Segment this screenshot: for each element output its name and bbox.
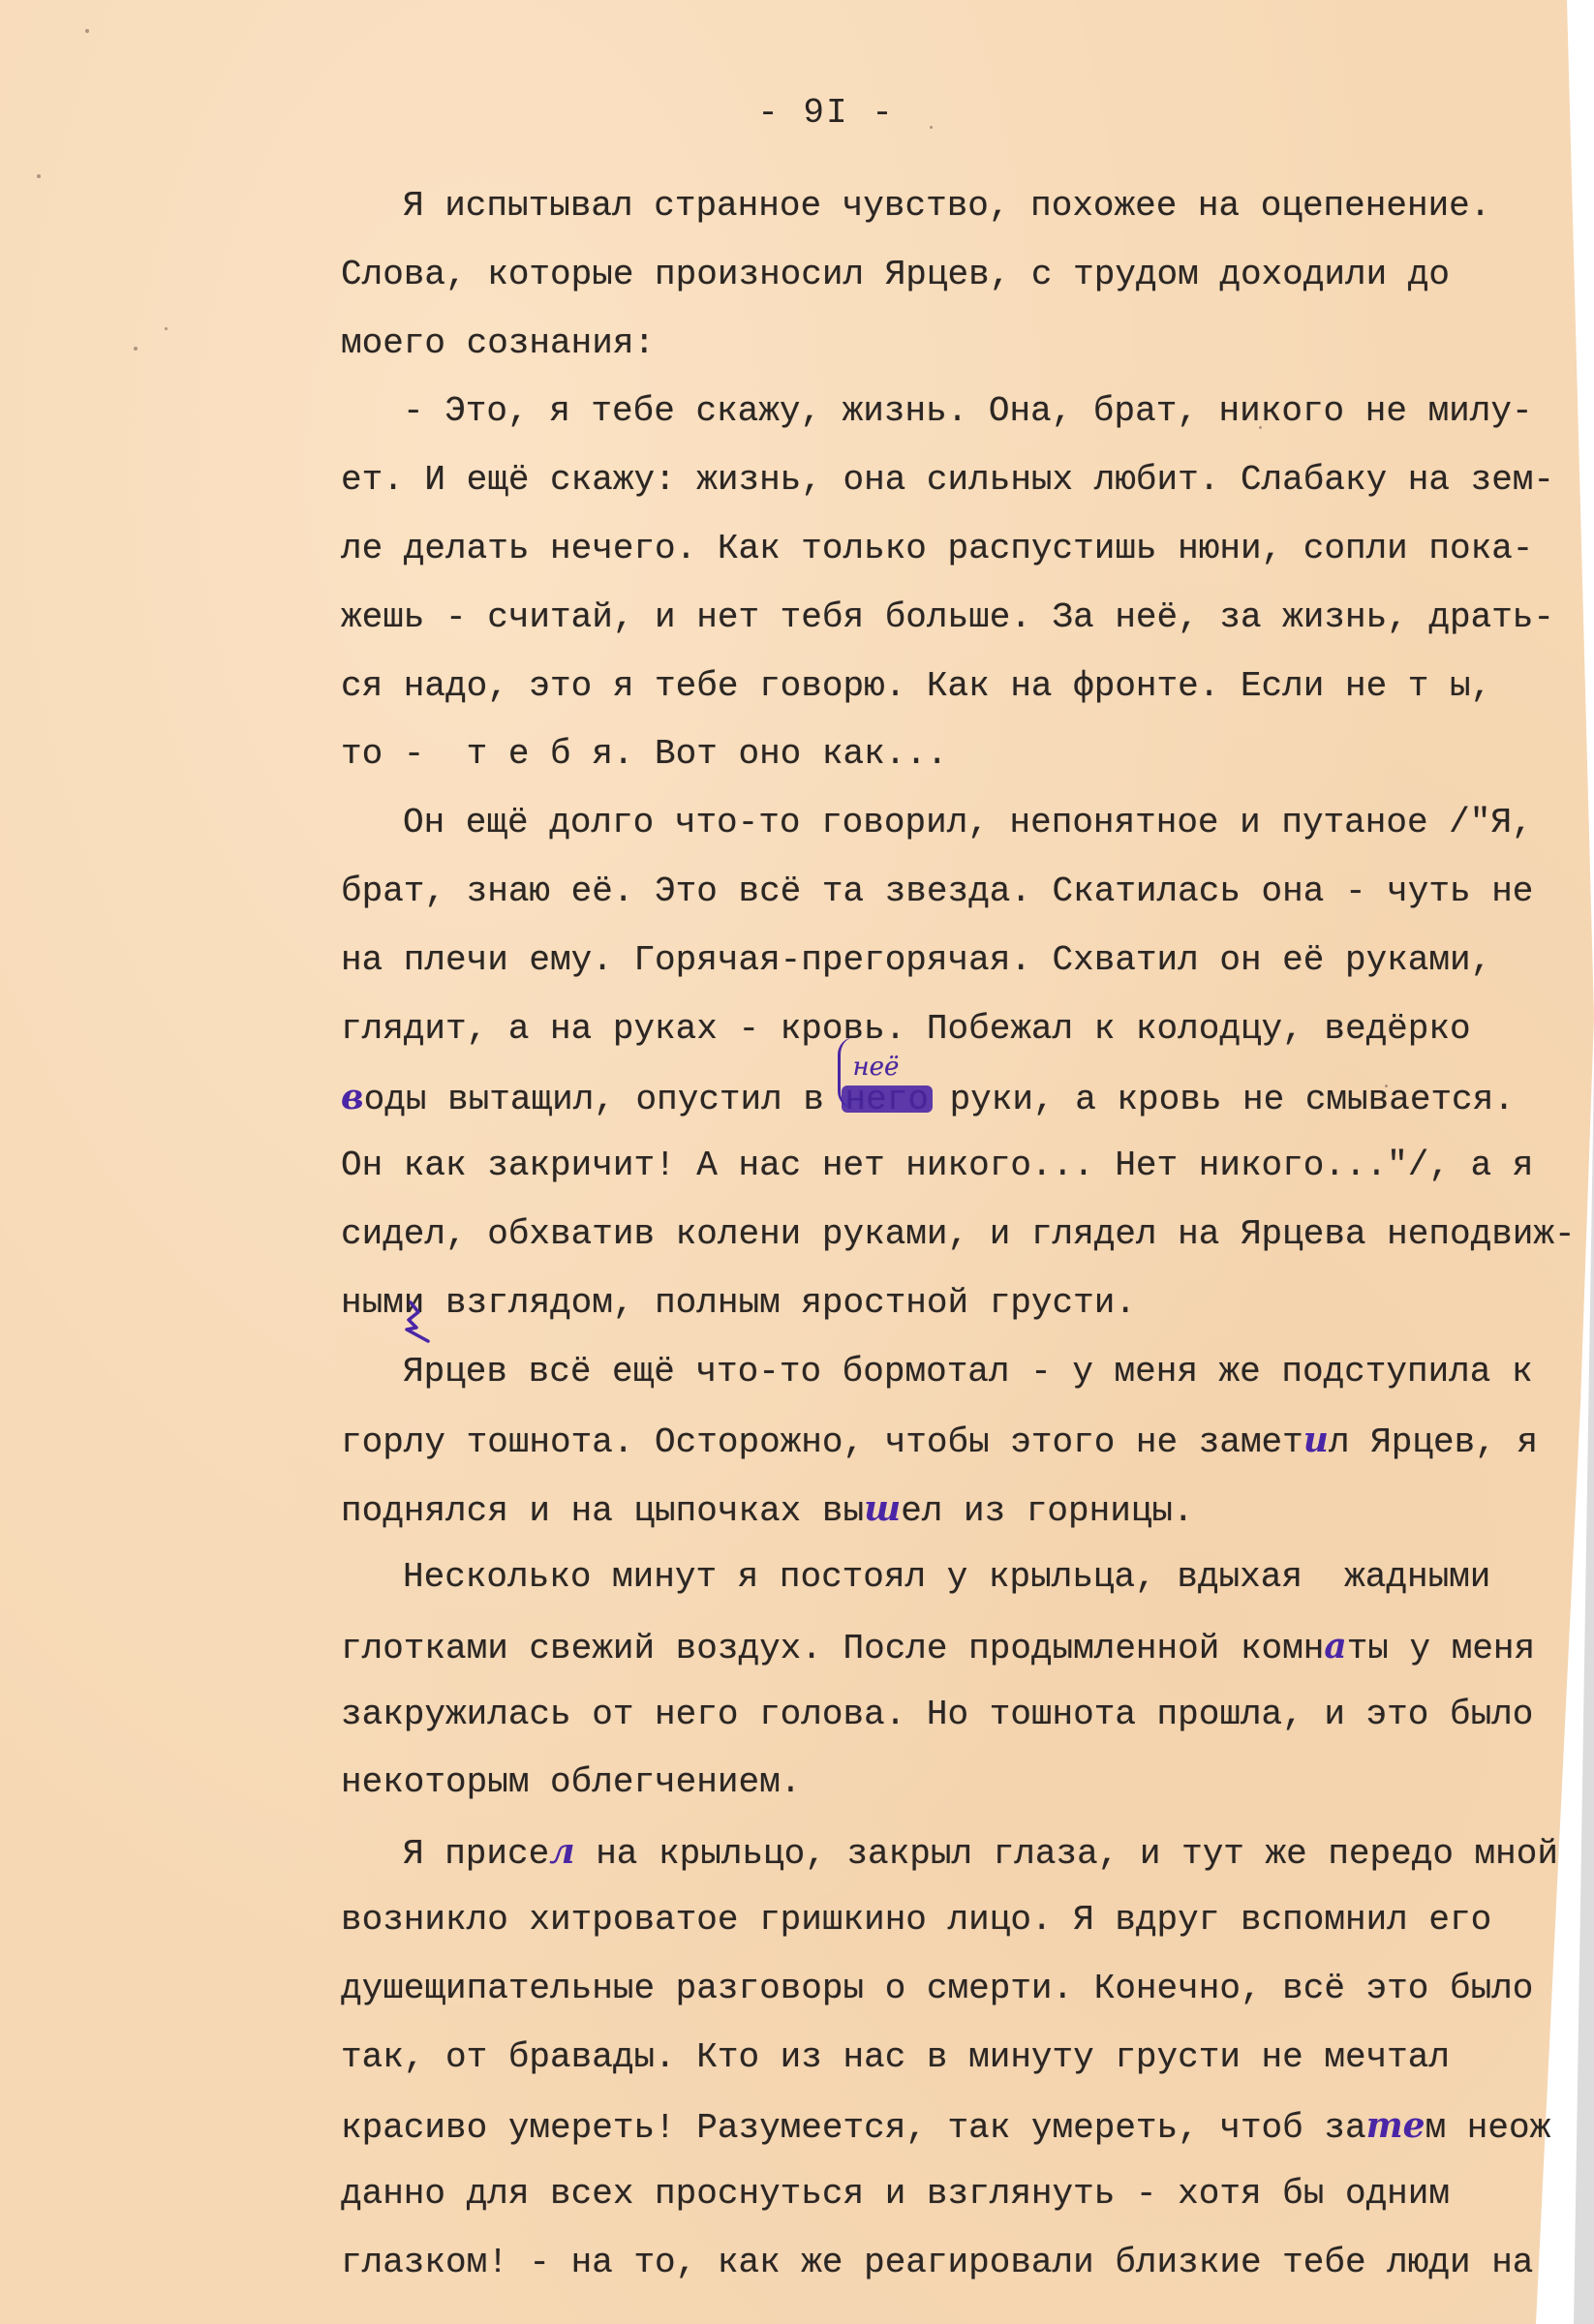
text-line: некоторым облегчением. [341, 1749, 1580, 1818]
text-line: Слова, которые произносил Ярцев, с трудо… [341, 241, 1580, 310]
text-line: Я испытывал странное чувство, похожее на… [341, 172, 1580, 241]
text-line: жешь - считай, и нет тебя больше. За неё… [341, 584, 1580, 653]
text-segment: оды вытащил, опустил в [364, 1080, 845, 1119]
text-segment: ты у меня [1347, 1629, 1535, 1668]
text-segment: горлу тошнота. Осторожно, чтобы этого не… [341, 1422, 1303, 1462]
text-line: воды вытащил, опустил в негонеё руки, а … [341, 1063, 1580, 1132]
ink-correction: л [549, 1831, 574, 1872]
ink-correction: в [341, 1077, 364, 1117]
text-line: Он как закричит! А нас нет никого... Нет… [341, 1132, 1580, 1201]
text-line: красиво умереть! Разумеется, так умереть… [341, 2092, 1580, 2160]
text-line: ными взглядом, полным яростной грусти. [341, 1269, 1580, 1338]
text-line: ет. И ещё скажу: жизнь, она сильных люби… [341, 446, 1580, 515]
text-line: брат, знаю её. Это всё та звезда. Скатил… [341, 858, 1580, 927]
ink-correction: и [1303, 1420, 1329, 1460]
text-segment: красиво умереть! Разумеется, так умереть… [341, 2108, 1366, 2148]
text-segment: взглядом, полным яростной грусти. [445, 1283, 1136, 1323]
text-segment: л Ярцев, я [1329, 1422, 1538, 1462]
text-segment: поднялся и на цыпочках вы [341, 1491, 864, 1531]
body-text: Я испытывал странное чувство, похожее на… [341, 172, 1580, 2298]
text-line: глотками свежий воздух. После продымленн… [341, 1612, 1580, 1681]
text-line: Ярцев всё ещё что-то бормотал - у меня ж… [341, 1338, 1580, 1407]
page-number: - 9I - [0, 93, 1594, 133]
text-line: поднялся и на цыпочках вышел из горницы. [341, 1475, 1580, 1544]
text-line: ле делать нечего. Как только распустишь … [341, 515, 1580, 584]
text-line: глазком! - на то, как же реагировали бли… [341, 2229, 1580, 2298]
text-line: Он ещё долго что-то говорил, непонятное … [341, 789, 1580, 858]
deletion-mark-icon [424, 1283, 445, 1323]
ink-correction: те [1366, 2105, 1425, 2146]
text-line: горлу тошнота. Осторожно, чтобы этого не… [341, 1406, 1580, 1475]
text-line: данно для всех проснуться и взглянуть - … [341, 2160, 1580, 2229]
text-segment: Я присе [403, 1834, 549, 1874]
text-line: душещипательные разговоры о смерти. Коне… [341, 1955, 1580, 2024]
text-segment: руки, а кровь не смывается. [929, 1080, 1515, 1119]
text-segment: глотками свежий воздух. После продымленн… [341, 1629, 1324, 1668]
inserted-word: неё [853, 1033, 900, 1102]
text-line: возникло хитроватое гришкино лицо. Я вдр… [341, 1886, 1580, 1955]
text-line: то - т е б я. Вот оно как... [341, 720, 1580, 789]
text-line: - Это, я тебе скажу, жизнь. Она, брат, н… [341, 378, 1580, 446]
text-line: моего сознания: [341, 310, 1580, 379]
text-line: глядит, а на руках - кровь. Побежал к ко… [341, 995, 1580, 1064]
text-line: ся надо, это я тебе говорю. Как на фронт… [341, 653, 1580, 721]
text-line: Я присел на крыльцо, закрыл глаза, и тут… [341, 1818, 1580, 1886]
ink-correction: ш [864, 1488, 901, 1529]
text-line: Несколько минут я постоял у крыльца, вды… [341, 1544, 1580, 1612]
handwritten-correction: негонеё [845, 1066, 929, 1135]
text-line: сидел, обхватив колени руками, и глядел … [341, 1201, 1580, 1269]
text-line: закружилась от него голова. Но тошнота п… [341, 1681, 1580, 1750]
ink-correction: а [1324, 1626, 1346, 1667]
text-line: на плечи ему. Горячая-прегорячая. Схвати… [341, 927, 1580, 995]
text-segment: на крыльцо, закрыл глаза, и тут же перед… [575, 1834, 1558, 1874]
text-segment: ел из горницы. [901, 1491, 1193, 1531]
text-line: так, от бравады. Кто из нас в минуту гру… [341, 2024, 1580, 2093]
text-segment: м неож [1425, 2108, 1551, 2148]
